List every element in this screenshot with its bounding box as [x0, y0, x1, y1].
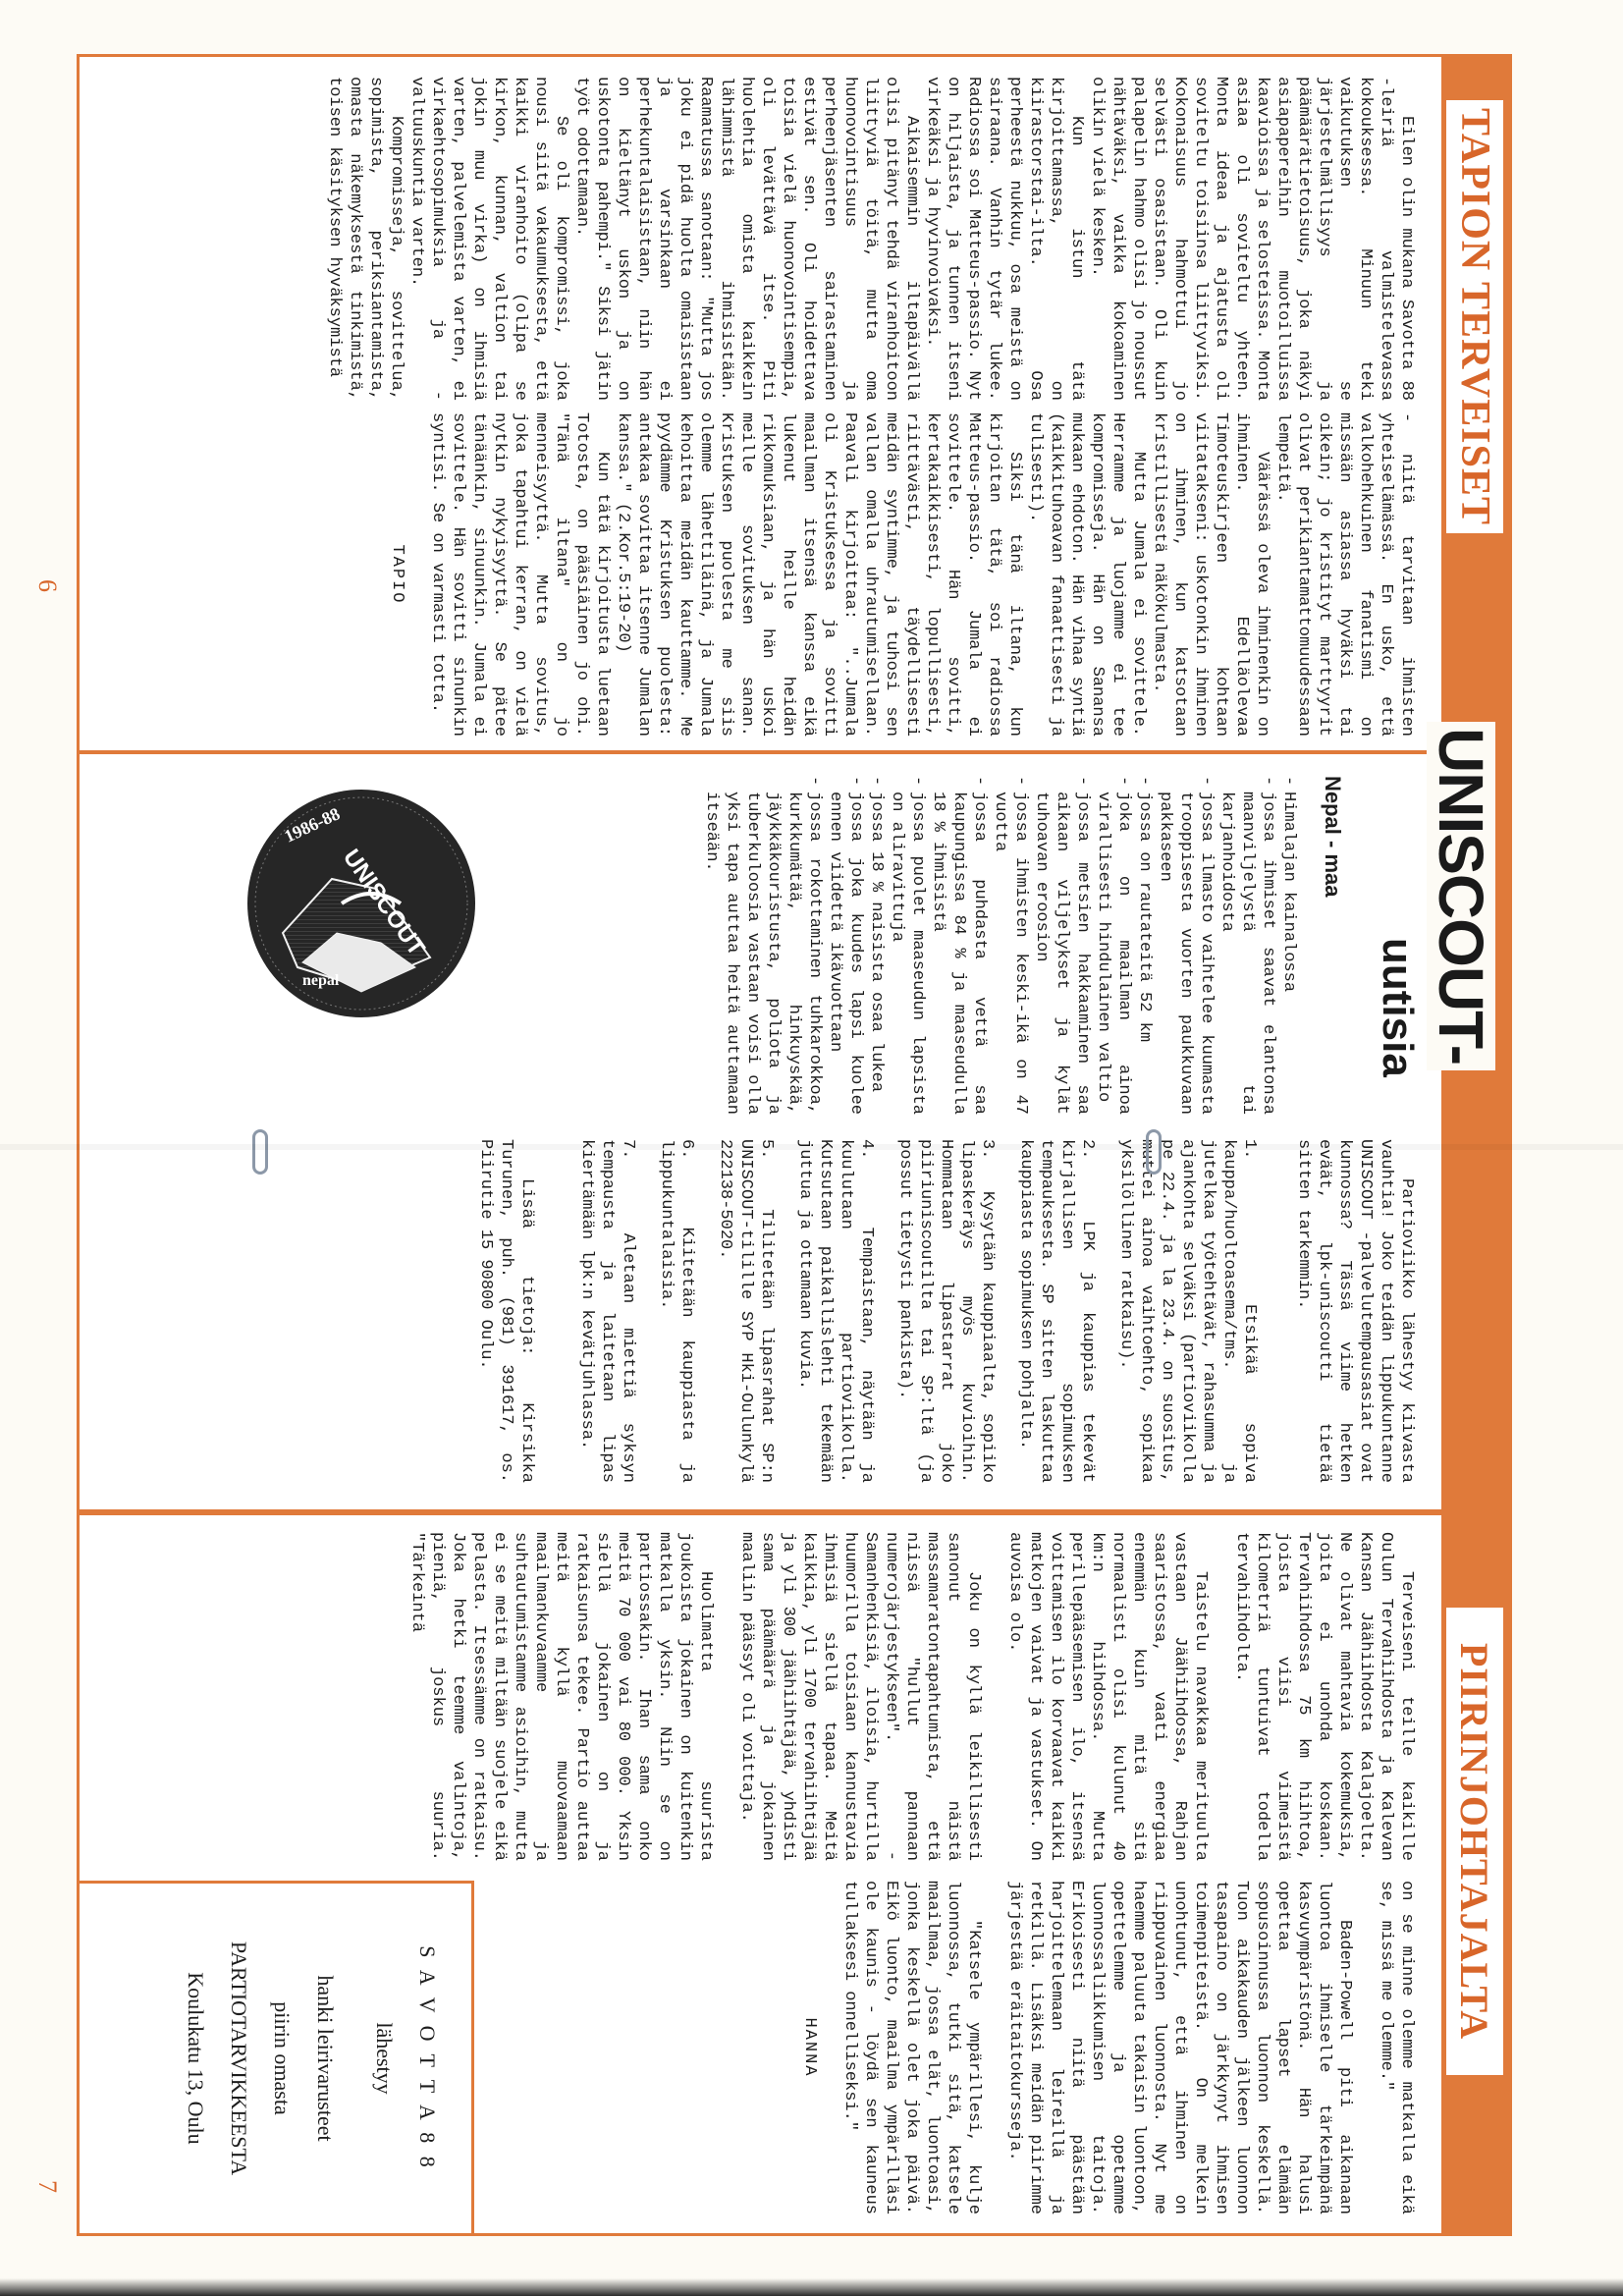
- nepal-fact: jossa ihmisten keski-ikä on 47 vuotta: [990, 776, 1031, 1115]
- tapion-paragraph: Väärässä oleva ihminenkin on ihminen. Ed…: [1149, 412, 1272, 737]
- staple: [1146, 1129, 1162, 1175]
- tapion-column-2: - niitä tarvitaan ihmisten yhteiselämäss…: [387, 412, 1417, 737]
- uniscout-step: 7. Aletaan miettiä syksyn tempausta ja l…: [576, 1139, 638, 1483]
- centre-fold: [0, 1144, 1623, 1150]
- uniscout-step: 5. Tilitetään lipasrahat SP:n UNISCOUT-t…: [715, 1139, 777, 1483]
- nepal-fact: jossa joka kuudes lapsi kuolee ennen vii…: [825, 776, 866, 1115]
- uniscout-step: 4. Tempaistaan, näytään ja kuulutaan par…: [794, 1139, 877, 1483]
- uniscout-steps: 1. Etsikää sopiva kauppa/huoltoasema/tms…: [475, 1139, 1260, 1483]
- nepal-fact: jossa on rautateitä 52 km: [1134, 776, 1155, 1115]
- nepal-fact: jossa metsien hakkaaminen saa aikaan vil…: [1031, 776, 1093, 1115]
- scan-edge: [0, 2278, 1623, 2296]
- uniscout-subtitle: uutisia: [1373, 938, 1422, 1077]
- tapion-column-1: Eilen olin mukana Savotta 88 -leiriä val…: [324, 77, 1417, 401]
- piiri-title: PIIRINJOHTAJALTA: [1444, 1606, 1505, 2077]
- nepal-fact: jossa puhdasta vettä saa kaupungissa 84 …: [928, 776, 990, 1115]
- tapion-title: TAPION TERVEISET: [1444, 98, 1505, 535]
- uniscout-intro: Partioviikko lähestyy kiivasta vauhtia! …: [1293, 1139, 1417, 1483]
- step-text: Tilitetään lipasrahat SP:n UNISCOUT-tili…: [716, 1139, 776, 1483]
- nepal-fact: jossa puolet maaseudun lapsista on alira…: [887, 776, 928, 1115]
- uniscout-step: 6. Kiitetään kauppiasta ja lippukuntalai…: [656, 1139, 697, 1483]
- uniscout-step: 3. Kysytään kauppiaalta, sopiiko lipaske…: [894, 1139, 998, 1483]
- nepal-fact: Himalajan kainalossa: [1278, 776, 1299, 1115]
- tapion-paragraph: Siksi tänä iltana, kun kirjoitan tätä, s…: [613, 412, 1025, 737]
- piiri-column-2: on se minne olemme matkalla eikä se, mis…: [799, 1881, 1417, 2214]
- uniscout-contact: Lisää tietoja: Kirsikka Turunen, puh. (9…: [475, 1139, 537, 1483]
- uniscout-title: UNISCOUT-: [1427, 722, 1495, 1070]
- tapion-paragraph: Kun tätä kirjoitusta luetaan Totosta, on…: [427, 412, 613, 737]
- newsletter-spread: TAPION TERVEISET Eilen olin mukana Savot…: [0, 0, 1623, 2296]
- piiri-paragraph: "Katsele ympärillesi, kulje luonnossa, t…: [839, 1881, 984, 2214]
- step-text: Tempaistaan, näytään ja kuulutaan partio…: [795, 1139, 876, 1483]
- piiri-signature: HANNA: [799, 1881, 820, 2214]
- step-text: Aletaan miettiä syksyn tempausta ja lait…: [577, 1139, 637, 1483]
- step-text: Kiitetään kauppiasta ja lippukuntalaisia…: [657, 1139, 696, 1483]
- logo-subname: nepal: [302, 972, 339, 990]
- nepal-fact: jossa ilmasto vaihtelee kuumasta trooppi…: [1155, 776, 1217, 1115]
- nepal-fact: jossa ihmiset saavat elantonsa maanvilje…: [1217, 776, 1278, 1115]
- ad-line-hanki: hanki leirivarusteet: [310, 1884, 340, 2233]
- tapion-paragraph: Se oli kompromissi, joka nousi siitä vak…: [406, 77, 571, 401]
- piiri-column-1: Terveiseni teille kaikille Oulun Tervahi…: [406, 1532, 1417, 1861]
- tapion-paragraph: Eilen olin mukana Savotta 88 -leiriä val…: [1087, 77, 1417, 401]
- ad-line-address: Koulukatu 13, Oulu: [181, 1884, 210, 2233]
- piiri-paragraph: Huolimatta suurista joukoista jokainen o…: [406, 1532, 716, 1861]
- savotta-ad-box: S A V O T T A 8 8 lähestyy hanki leiriva…: [77, 1881, 474, 2236]
- tapion-signature: TAPIO: [387, 412, 407, 737]
- ad-line-savotta: S A V O T T A 8 8: [412, 1884, 442, 2233]
- uniscout-step: 2. LPK ja kauppias tekevät kirjallisen s…: [1015, 1139, 1098, 1483]
- piiri-paragraph: Terveiseni teille kaikille Oulun Tervahi…: [1231, 1532, 1417, 1861]
- page-number-right: 7: [32, 2180, 62, 2193]
- uniscout-nepal-logo: 1986-88 UNISCOUT nepal: [243, 786, 479, 1021]
- nepal-fact: joka on maailman ainoa virallisesti hind…: [1093, 776, 1134, 1115]
- tapion-paragraph: Kun istun tätä kirjoittamassa, on kiiras…: [922, 77, 1087, 401]
- piiri-paragraph: Joku on kyllä leikillisesti sanonut näis…: [736, 1532, 984, 1861]
- uniscout-nepal-list: Himalajan kainalossa jossa ihmiset saava…: [701, 776, 1299, 1115]
- nepal-fact: jossa 18 % naisista osaa lukea: [866, 776, 887, 1115]
- uniscout-intro-text: Partioviikko lähestyy kiivasta vauhtia! …: [1293, 1139, 1417, 1483]
- tapion-paragraph: Aikaisemmin iltapäivällä olisi pitänyt t…: [571, 77, 922, 401]
- piiri-paragraph: Taistelu navakkaa merituulta vastaan Jää…: [1004, 1532, 1211, 1861]
- page-number-left: 6: [32, 579, 62, 592]
- staple: [252, 1129, 268, 1175]
- nepal-fact: jossa rokottaminen tuhkarokkoa, kurkkumä…: [701, 776, 825, 1115]
- ad-line-piirin: piirin omasta: [267, 1884, 297, 2233]
- uniscout-logo-icon: [243, 786, 479, 1021]
- step-text: LPK ja kauppias tekevät kirjallisen sopi…: [1016, 1139, 1097, 1483]
- step-text: Kysytään kauppiaalta, sopiiko lipaskeräy…: [895, 1139, 997, 1483]
- ad-line-lahestyy: lähestyy: [369, 1884, 399, 2233]
- ad-line-store: PARTIOTARVIKKEESTA: [224, 1884, 253, 2233]
- piiri-paragraph: Baden-Powell piti aikanaan luontoa ihmis…: [1004, 1881, 1355, 2214]
- tapion-paragraph: Kompromisseja, sovittelua, sopimista, pe…: [324, 77, 406, 401]
- piiri-paragraph: on se minne olemme matkalla eikä se, mis…: [1376, 1881, 1417, 2214]
- tapion-paragraph: - niitä tarvitaan ihmisten yhteiselämäss…: [1272, 412, 1417, 737]
- tapion-paragraph: Mutta Jumala ei sovittele. Herramme ja l…: [1025, 412, 1149, 737]
- uniscout-step: 1. Etsikää sopiva kauppa/huoltoasema/tms…: [1115, 1139, 1260, 1483]
- step-text: Etsikää sopiva kauppa/huoltoasema/tms. j…: [1116, 1139, 1259, 1483]
- uniscout-nepal-heading: Nepal - maa: [1323, 776, 1343, 1070]
